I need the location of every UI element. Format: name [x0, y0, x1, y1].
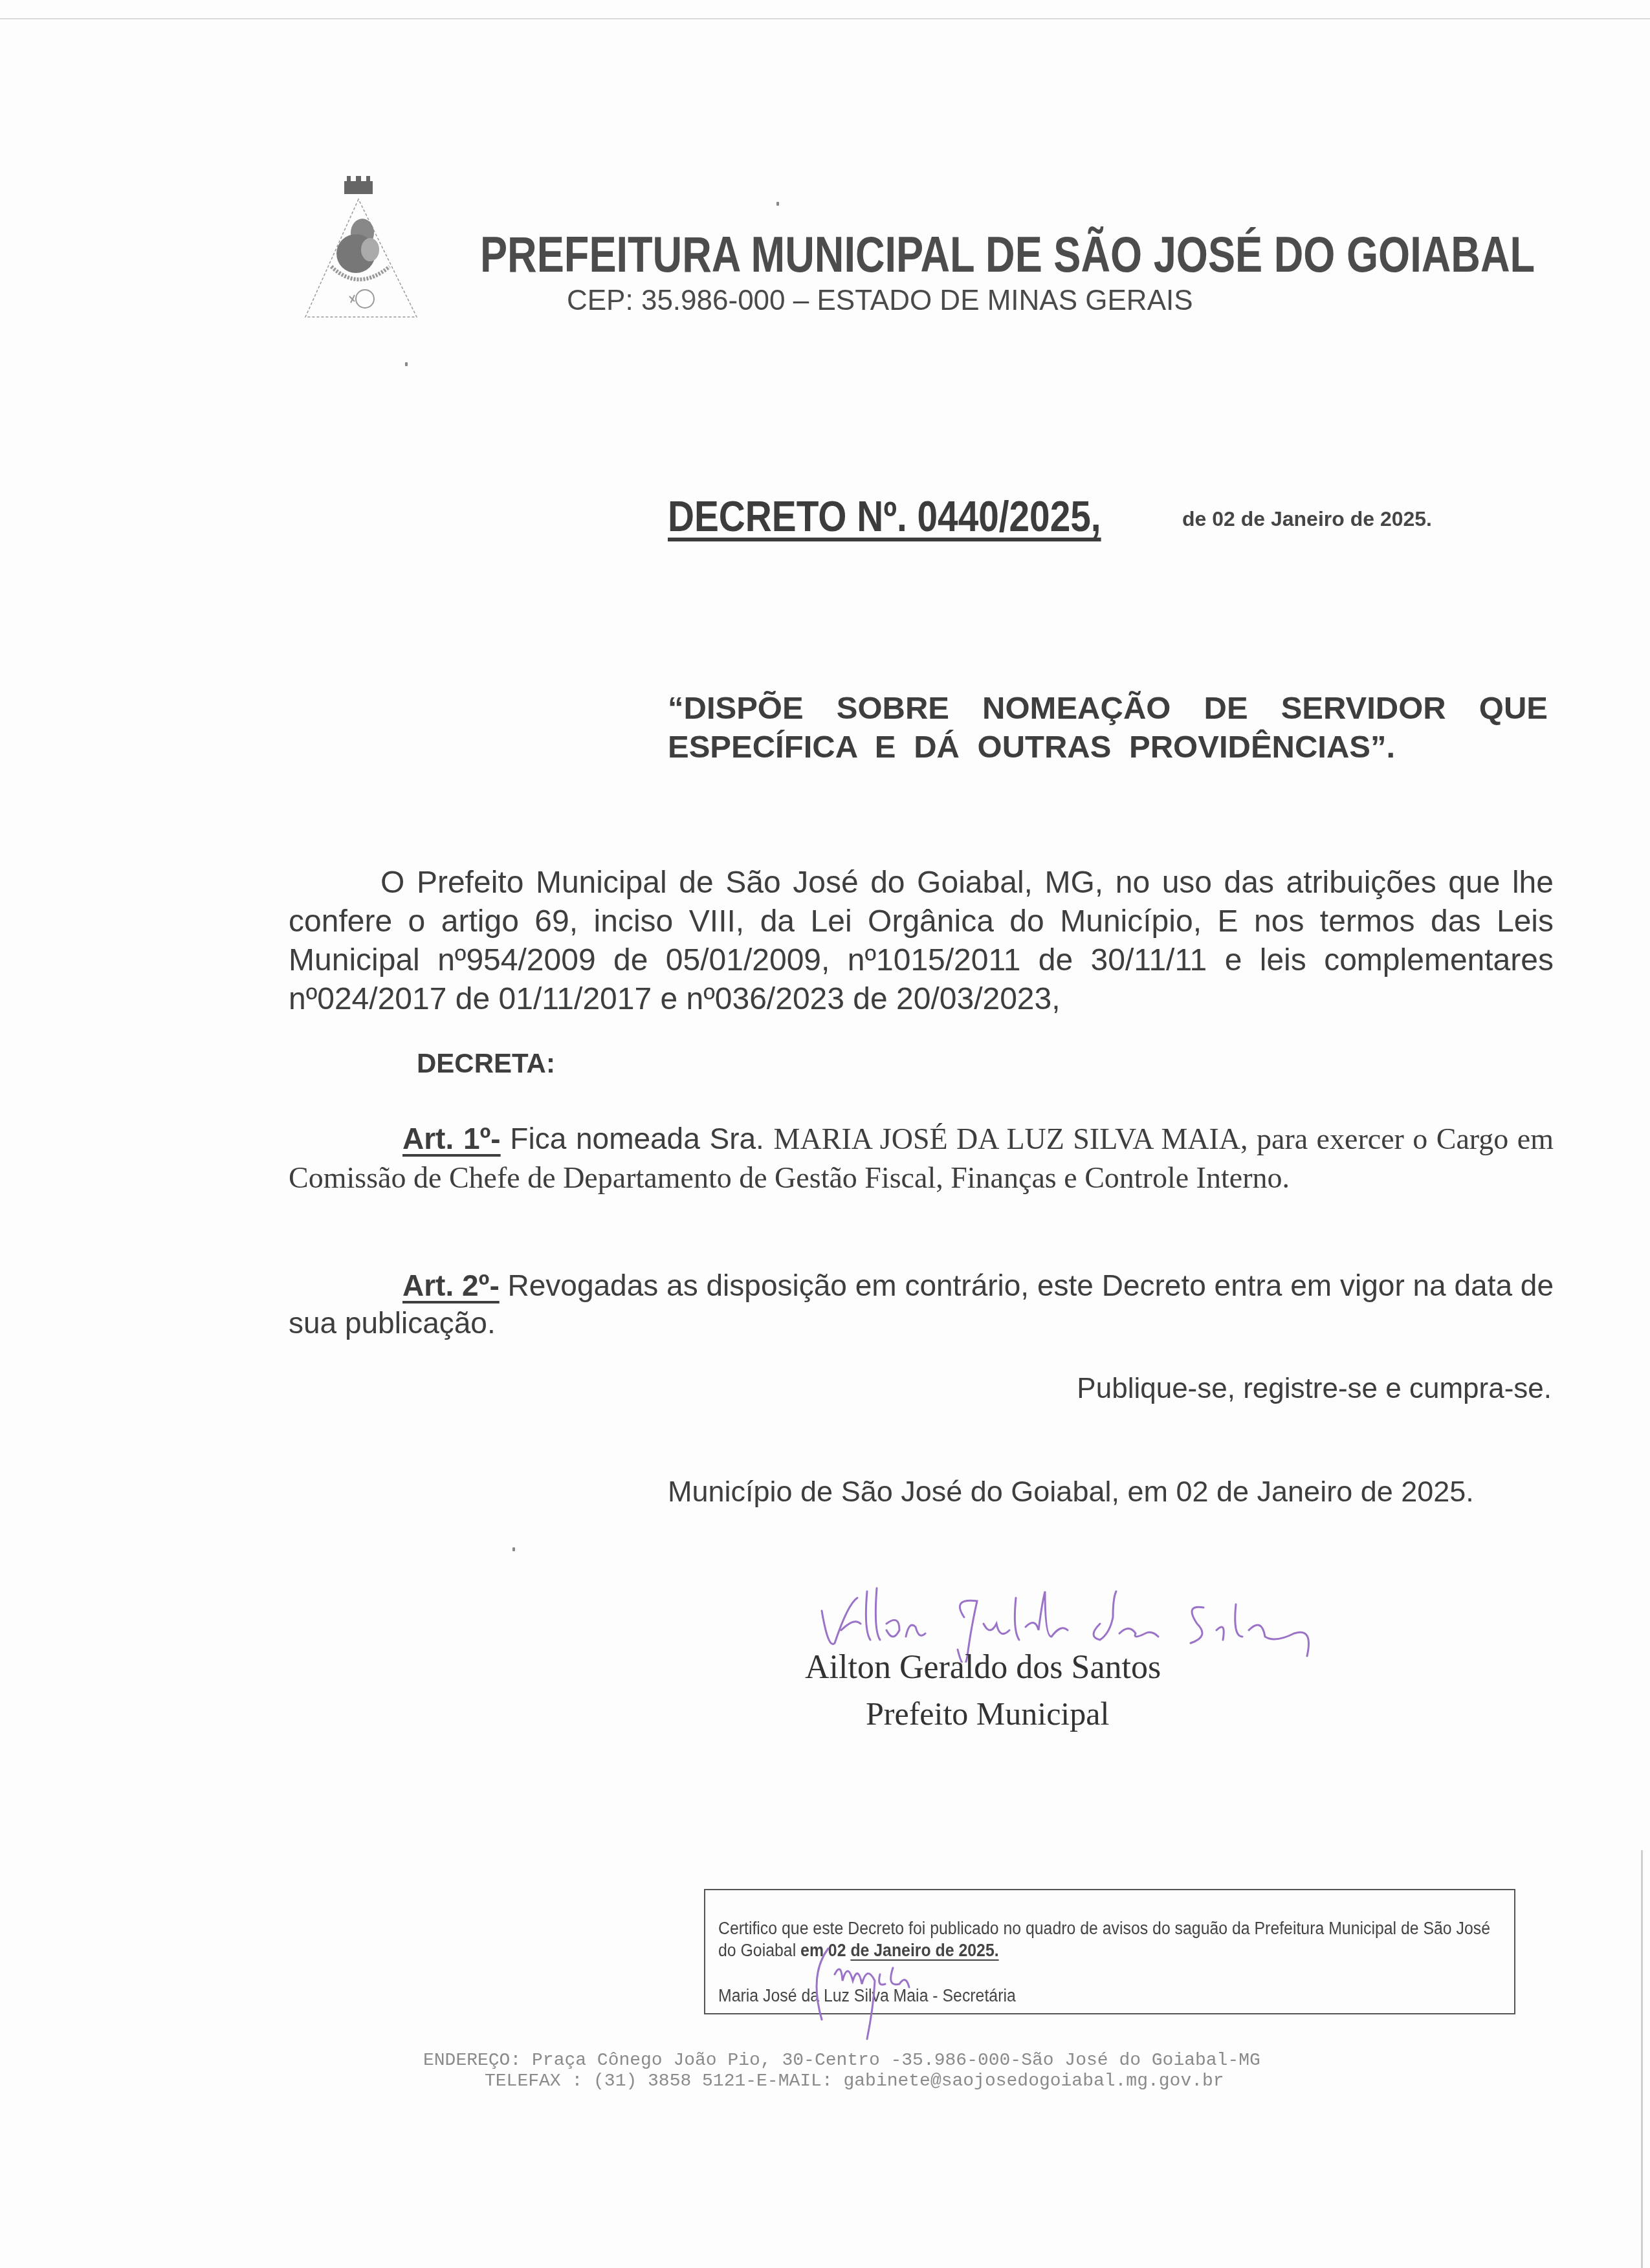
scan-speck: [512, 1547, 515, 1551]
signer-role: Prefeito Municipal: [866, 1695, 1109, 1732]
decree-number: DECRETO Nº. 0440/2025,: [668, 492, 1101, 541]
header-subtitle: CEP: 35.986-000 – ESTADO DE MINAS GERAIS: [567, 285, 1193, 317]
article-1: Art. 1º- Fica nomeada Sra. MARIA JOSÉ DA…: [289, 1119, 1554, 1197]
scan-speck: [776, 202, 779, 206]
article-2-label: Art. 2º-: [402, 1269, 500, 1302]
scan-top-edge: [0, 18, 1650, 19]
publication-certificate-box: Certifico que este Decreto foi publicado…: [704, 1889, 1515, 2014]
footer-contact: ENDEREÇO: Praça Cônego João Pio, 30-Cent…: [423, 2051, 1260, 2092]
decreta-label: DECRETA:: [417, 1048, 555, 1079]
place-and-date: Município de São José do Goiabal, em 02 …: [668, 1475, 1474, 1509]
decree-heading: DECRETO Nº. 0440/2025, de 02 de Janeiro …: [668, 492, 1172, 541]
decree-date: de 02 de Janeiro de 2025.: [1182, 507, 1432, 531]
closing-formula: Publique-se, registre-se e cumpra-se.: [1077, 1373, 1552, 1405]
article-1-label: Art. 1º-: [402, 1122, 501, 1155]
header-title: PREFEITURA MUNICIPAL DE SÃO JOSÉ DO GOIA…: [480, 226, 1535, 284]
article-2: Art. 2º- Revogadas as disposição em cont…: [289, 1267, 1554, 1342]
preamble-paragraph: O Prefeito Municipal de São José do Goia…: [289, 864, 1554, 1019]
decree-summary: “DISPÕE SOBRE NOMEAÇÃO DE SERVIDOR QUE E…: [668, 689, 1548, 767]
footer-phone-email: TELEFAX : (31) 3858 5121-E-MAIL: gabinet…: [423, 2071, 1260, 2092]
appointee-name: MARIA JOSÉ DA LUZ SILVA MAIA: [774, 1122, 1241, 1155]
scan-speck: [405, 362, 408, 366]
signer-name: Ailton Geraldo dos Santos: [805, 1648, 1161, 1686]
scan-right-edge: [1641, 1850, 1643, 2268]
footer-address: ENDEREÇO: Praça Cônego João Pio, 30-Cent…: [423, 2051, 1260, 2071]
municipal-coat-of-arms-icon: [299, 169, 422, 325]
article-1-lead: Fica nomeada Sra.: [501, 1122, 774, 1155]
secretary-signature-icon: [802, 1935, 951, 2045]
